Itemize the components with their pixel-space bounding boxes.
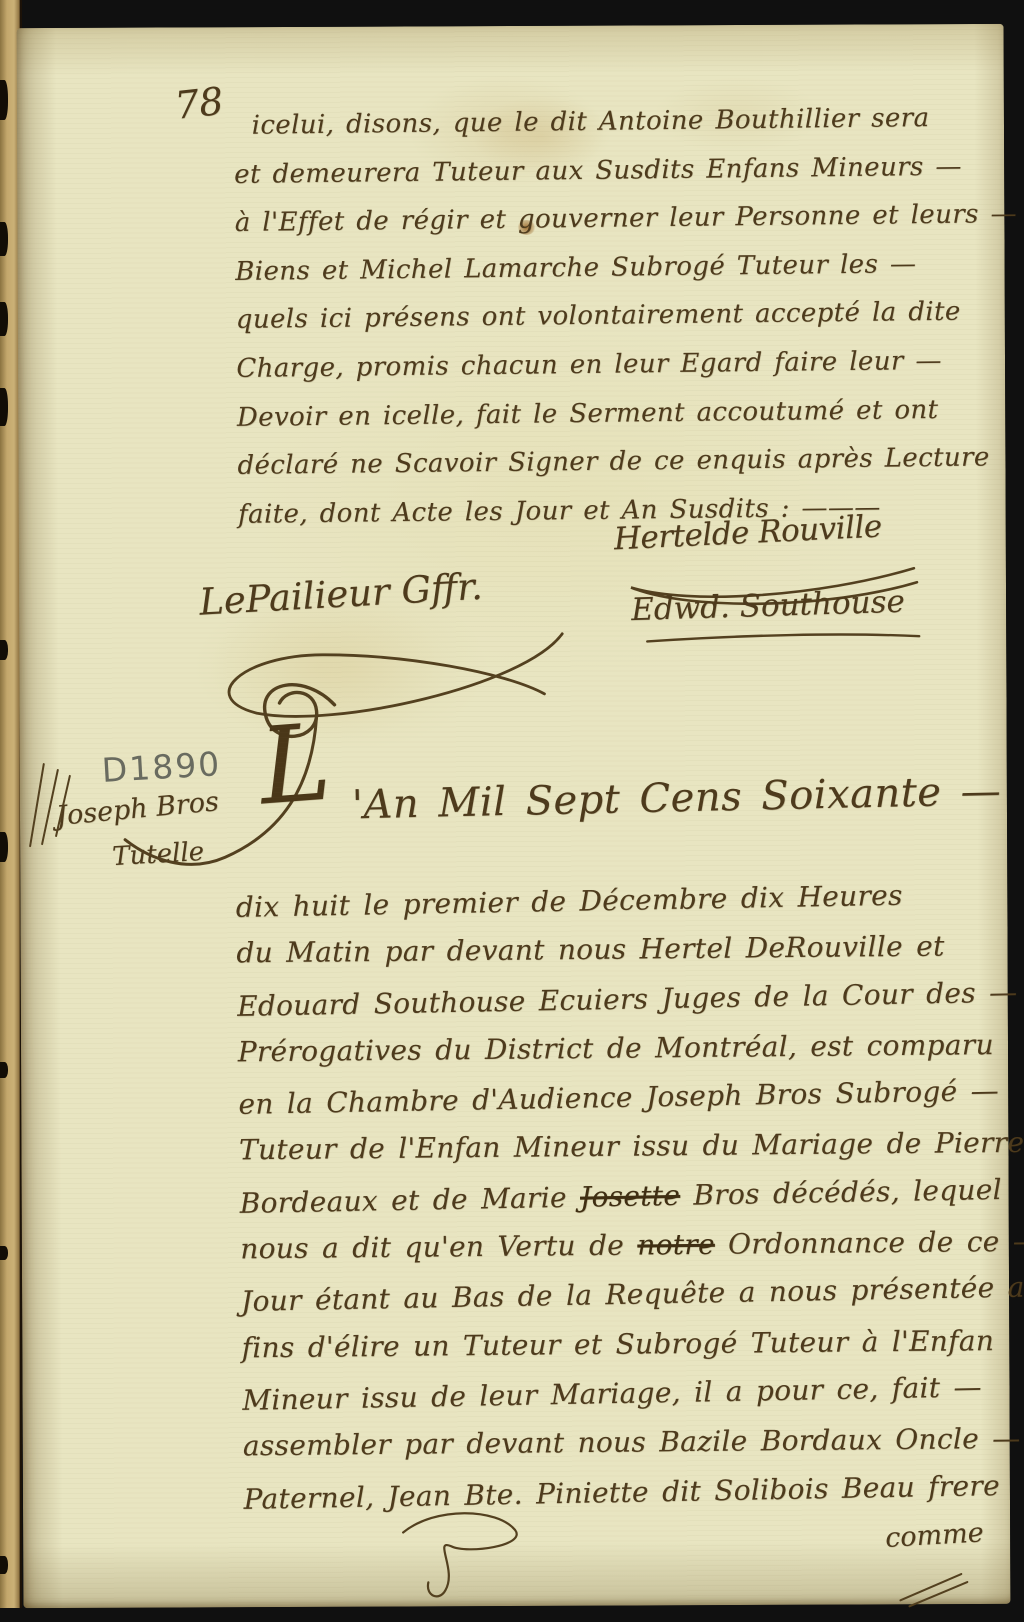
line-segment: Bordeaux et de Marie <box>239 1180 580 1219</box>
margin-case-name: Joseph Bros <box>55 786 220 832</box>
binding-mark <box>0 302 8 336</box>
manuscript-line: et demeurera Tuteur aux Susdits Enfans M… <box>234 142 1017 199</box>
struck-word: Josette <box>580 1179 681 1214</box>
signature-underline <box>643 628 923 645</box>
manuscript-line: Charge, promis chacun en leur Egard fair… <box>236 336 1019 393</box>
archival-reference-number: D1890 <box>101 744 222 790</box>
signature-clerk-lepailieur: LePailieur Gffr. <box>198 565 484 624</box>
manuscript-page: 78 icelui, disons, que le dit Antoine Bo… <box>17 24 1011 1608</box>
manuscript-line: icelui, disons, que le dit Antoine Bouth… <box>233 93 1016 150</box>
line-segment: nous a dit qu'en Vertu de <box>240 1229 637 1266</box>
signature-edward-southouse: Edwd. Southouse <box>631 584 906 628</box>
decorated-initial-L: L <box>255 701 334 829</box>
act-tutelle-paragraph: dix huit le premier de Décembre dix Heur… <box>235 870 1024 1522</box>
binding-mark <box>0 388 8 426</box>
line-segment: Ordonnance de ce — <box>715 1225 1024 1261</box>
catchword-end-mark <box>895 1562 970 1607</box>
line-segment: Bros décédés, lequel <box>680 1173 1002 1212</box>
binding-mark <box>0 832 8 862</box>
binding-mark <box>0 1246 8 1260</box>
margin-case-type: Tutelle <box>111 837 205 872</box>
struck-word: notre <box>637 1228 715 1262</box>
catchword: comme <box>884 1517 984 1554</box>
binding-mark <box>0 1062 8 1078</box>
manuscript-line: Devoir en icelle, fait le Serment accout… <box>237 385 1020 442</box>
binding-mark <box>0 1556 8 1574</box>
binding-mark <box>0 222 8 256</box>
act-opening-line: 'An Mil Sept Cens Soixante — <box>351 768 1001 828</box>
manuscript-line: quels ici présens ont volontairement acc… <box>236 287 1019 344</box>
act-conclusion-paragraph: icelui, disons, que le dit Antoine Bouth… <box>233 93 1020 539</box>
binding-mark <box>0 640 8 660</box>
manuscript-line: Biens et Michel Lamarche Subrogé Tuteur … <box>235 239 1018 296</box>
binding-mark <box>0 80 8 120</box>
manuscript-line: à l'Effet de régir et gouverner leur Per… <box>234 190 1017 247</box>
manuscript-line: déclaré ne Scavoir Signer de ce enquis a… <box>237 433 1020 490</box>
scanned-manuscript-photo: 78 icelui, disons, que le dit Antoine Bo… <box>0 0 1024 1622</box>
page-number: 78 <box>173 79 226 128</box>
